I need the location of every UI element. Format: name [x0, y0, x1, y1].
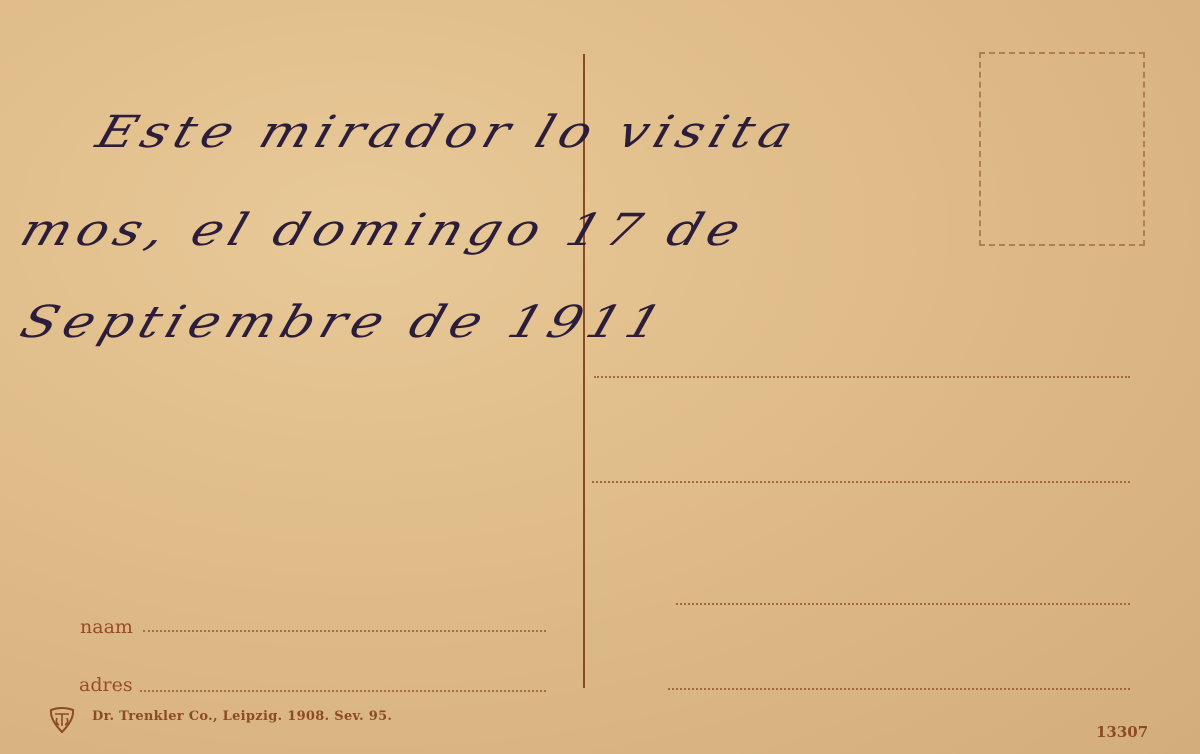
address-line-1	[594, 376, 1130, 378]
handwritten-line-1: Este mirador lo visita	[90, 107, 805, 158]
stamp-placeholder-box	[979, 52, 1145, 246]
address-line-2	[592, 481, 1130, 483]
address-field-line	[140, 690, 546, 692]
name-field-line	[143, 630, 546, 632]
name-label: naam	[80, 616, 133, 638]
handwritten-line-2: mos, el domingo 17 de	[14, 205, 753, 256]
address-line-3	[676, 603, 1130, 605]
publisher-imprint: Dr. Trenkler Co., Leipzig. 1908. Sev. 95…	[92, 709, 392, 724]
address-line-4	[668, 688, 1130, 690]
handwritten-line-3: Septiembre de 1911	[14, 297, 674, 348]
postcard-back: Este mirador lo visita mos, el domingo 1…	[0, 0, 1200, 754]
address-label: adres	[79, 674, 133, 696]
publisher-logo-icon	[48, 706, 76, 734]
serial-number: 13307	[1096, 723, 1148, 741]
